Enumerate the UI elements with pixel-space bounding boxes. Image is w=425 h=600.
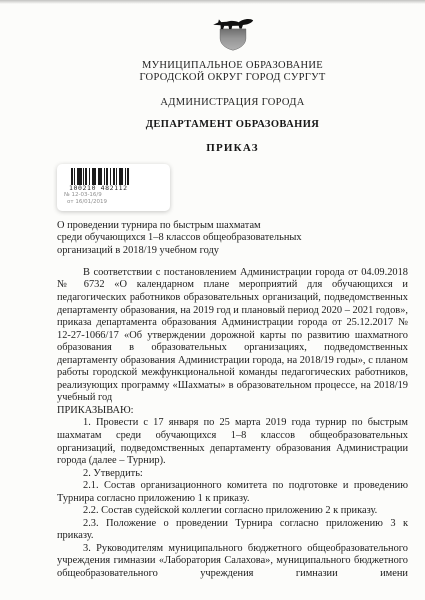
- order-item-2-1: 2.1. Состав организационного комитета по…: [57, 480, 408, 505]
- black-fox-silhouette: [213, 19, 253, 29]
- municipality-name: МУНИЦИПАЛЬНОЕ ОБРАЗОВАНИЕ ГОРОДСКОЙ ОКРУ…: [57, 60, 408, 84]
- document-type-heading: ПРИКАЗ: [57, 143, 408, 154]
- municipality-name-line2: ГОРОДСКОЙ ОКРУГ ГОРОД СУРГУТ: [57, 72, 408, 84]
- scanned-order-document-page: МУНИЦИПАЛЬНОЕ ОБРАЗОВАНИЕ ГОРОДСКОЙ ОКРУ…: [0, 0, 425, 600]
- order-item-2-2: 2.2. Состав судейской коллегии согласно …: [57, 505, 408, 518]
- order-item-2: 2. Утвердить:: [57, 468, 408, 481]
- surgut-coat-of-arms-icon: [210, 16, 256, 51]
- document-content: МУНИЦИПАЛЬНОЕ ОБРАЗОВАНИЕ ГОРОДСКОЙ ОКРУ…: [0, 16, 425, 581]
- municipality-name-line1: МУНИЦИПАЛЬНОЕ ОБРАЗОВАНИЕ: [57, 60, 408, 72]
- barcode-number: 100210 482112: [69, 185, 164, 192]
- order-item-1: 1. Провести с 17 января по 25 марта 2019…: [57, 417, 408, 467]
- document-title-line2: среди обучающихся 1–8 классов общеобразо…: [57, 232, 408, 244]
- document-title-line3: организаций в 2018/19 учебном году: [57, 245, 408, 257]
- order-item-3-truncated: 3. Руководителям муниципального бюджетно…: [57, 543, 408, 581]
- order-keyword: ПРИКАЗЫВАЮ:: [57, 405, 408, 418]
- document-body: В соответствии с постановлением Админист…: [57, 267, 408, 581]
- order-item-2-3: 2.3. Положение о проведении Турнира согл…: [57, 518, 408, 543]
- preamble-paragraph: В соответствии с постановлением Админист…: [57, 267, 408, 405]
- registration-barcode-sticker: 100210 482112 № 12-03-16/9 от 16/01/2019: [57, 164, 170, 211]
- shield-shape: [220, 29, 246, 50]
- department-line: ДЕПАРТАМЕНТ ОБРАЗОВАНИЯ: [57, 119, 408, 130]
- document-title-line1: О проведении турнира по быстрым шахматам: [57, 220, 408, 232]
- administration-line: АДМИНИСТРАЦИЯ ГОРОДА: [57, 97, 408, 108]
- document-header: МУНИЦИПАЛЬНОЕ ОБРАЗОВАНИЕ ГОРОДСКОЙ ОКРУ…: [57, 16, 408, 154]
- barcode-icon: [71, 168, 129, 185]
- registration-date: от 16/01/2019: [64, 199, 164, 206]
- document-title: О проведении турнира по быстрым шахматам…: [57, 220, 408, 257]
